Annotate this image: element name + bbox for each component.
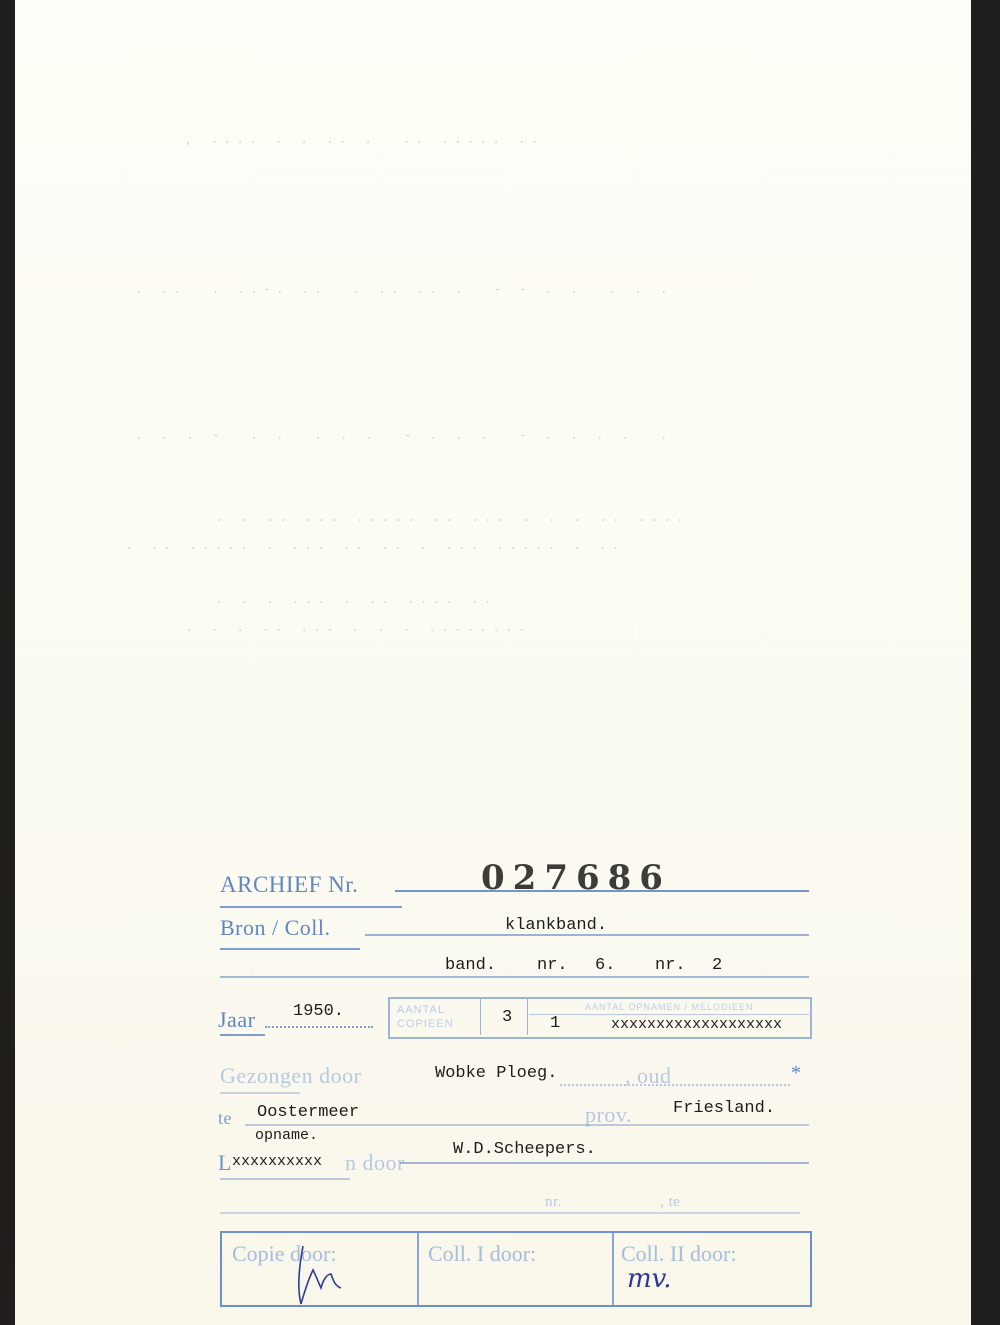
copie-signature bbox=[285, 1238, 355, 1308]
opgenomen-label-tail: n door bbox=[345, 1150, 405, 1176]
opgenomen-rule bbox=[400, 1162, 809, 1164]
jaar-label: Jaar bbox=[218, 1007, 255, 1033]
opgenomen-strikeout: xxxxxxxxxx bbox=[232, 1153, 322, 1170]
date-te-label: , te bbox=[660, 1194, 680, 1211]
te-rule bbox=[245, 1124, 809, 1126]
jaar-rule bbox=[265, 1026, 373, 1028]
jaar-value: 1950. bbox=[293, 1002, 344, 1021]
archief-label: ARCHIEF Nr. bbox=[220, 872, 358, 898]
counts-label-line1: AANTAL bbox=[397, 1004, 445, 1016]
band-rule bbox=[220, 976, 809, 978]
te-label: te bbox=[218, 1108, 232, 1129]
show-through-line: . . .. ... ..... .. ... . . . .. .... bbox=[215, 510, 689, 525]
show-through-line: , .... . . .. . .. ..... .. bbox=[185, 132, 543, 147]
bron-rule bbox=[365, 934, 809, 936]
band-nr1-value: 6. bbox=[595, 956, 615, 975]
archief-rule bbox=[395, 890, 809, 892]
recorder-name: W.D.Scheepers. bbox=[453, 1140, 596, 1159]
counts-strikeout: xxxxxxxxxxxxxxxxxxx bbox=[611, 1016, 782, 1033]
copies-count: 3 bbox=[502, 1008, 512, 1027]
gezongen-underline bbox=[220, 1092, 300, 1094]
opgenomen-underline bbox=[220, 1178, 350, 1180]
show-through-line: . . . .. ... . . . ........ bbox=[185, 620, 531, 635]
bron-label: Bron / Coll. bbox=[220, 915, 331, 941]
singer-name: Wobke Ploeg. bbox=[435, 1064, 557, 1083]
coll2-signature: mv. bbox=[627, 1264, 672, 1294]
show-through-line: . . . - . . . . . - . . . - . . . . . bbox=[135, 428, 673, 443]
counts-divider bbox=[527, 999, 528, 1035]
band-nr1-label: nr. bbox=[537, 956, 568, 975]
date-rule bbox=[220, 1212, 800, 1214]
archief-underline bbox=[220, 906, 402, 908]
show-through-line: . .. ..... . ... .. .. . ... ..... . .. bbox=[125, 538, 624, 553]
show-through-line: . . . ... . .. .... .. bbox=[215, 592, 497, 607]
star-mark: * bbox=[791, 1062, 802, 1085]
recordings-count: 1 bbox=[550, 1014, 560, 1033]
place-value: Oostermeer bbox=[257, 1103, 359, 1122]
opname-overtype: opname. bbox=[255, 1127, 318, 1144]
scanned-paper-sheet: , .... . . .. . .. ..... .. . .. . ..-. … bbox=[15, 0, 971, 1325]
coll1-door-label: Coll. I door: bbox=[428, 1241, 536, 1267]
opgenomen-label-initial: L bbox=[218, 1150, 232, 1176]
archief-number: 027686 bbox=[481, 858, 671, 898]
gezongen-rule bbox=[560, 1084, 790, 1086]
bron-underline bbox=[220, 948, 360, 950]
recordings-header: AANTAL OPNAMEN / MELODIEEN bbox=[585, 1001, 754, 1013]
copy-box-divider bbox=[417, 1233, 419, 1305]
counts-inner-rule bbox=[529, 1014, 809, 1015]
band-label: band. bbox=[445, 956, 496, 975]
bron-value: klankband. bbox=[505, 916, 607, 935]
band-nr2-label: nr. bbox=[655, 956, 686, 975]
counts-divider bbox=[480, 999, 481, 1035]
counts-label-line2: COPIEEN bbox=[397, 1018, 454, 1030]
copy-box-divider bbox=[612, 1233, 614, 1305]
jaar-underline bbox=[220, 1034, 265, 1036]
show-through-line: . .. . ..-. .. . .. .. . - - . . . . . bbox=[135, 282, 673, 297]
province-value: Friesland. bbox=[673, 1099, 775, 1118]
gezongen-label: Gezongen door bbox=[220, 1063, 362, 1089]
band-nr2-value: 2 bbox=[712, 956, 722, 975]
date-nr-label: nr. bbox=[545, 1194, 562, 1211]
